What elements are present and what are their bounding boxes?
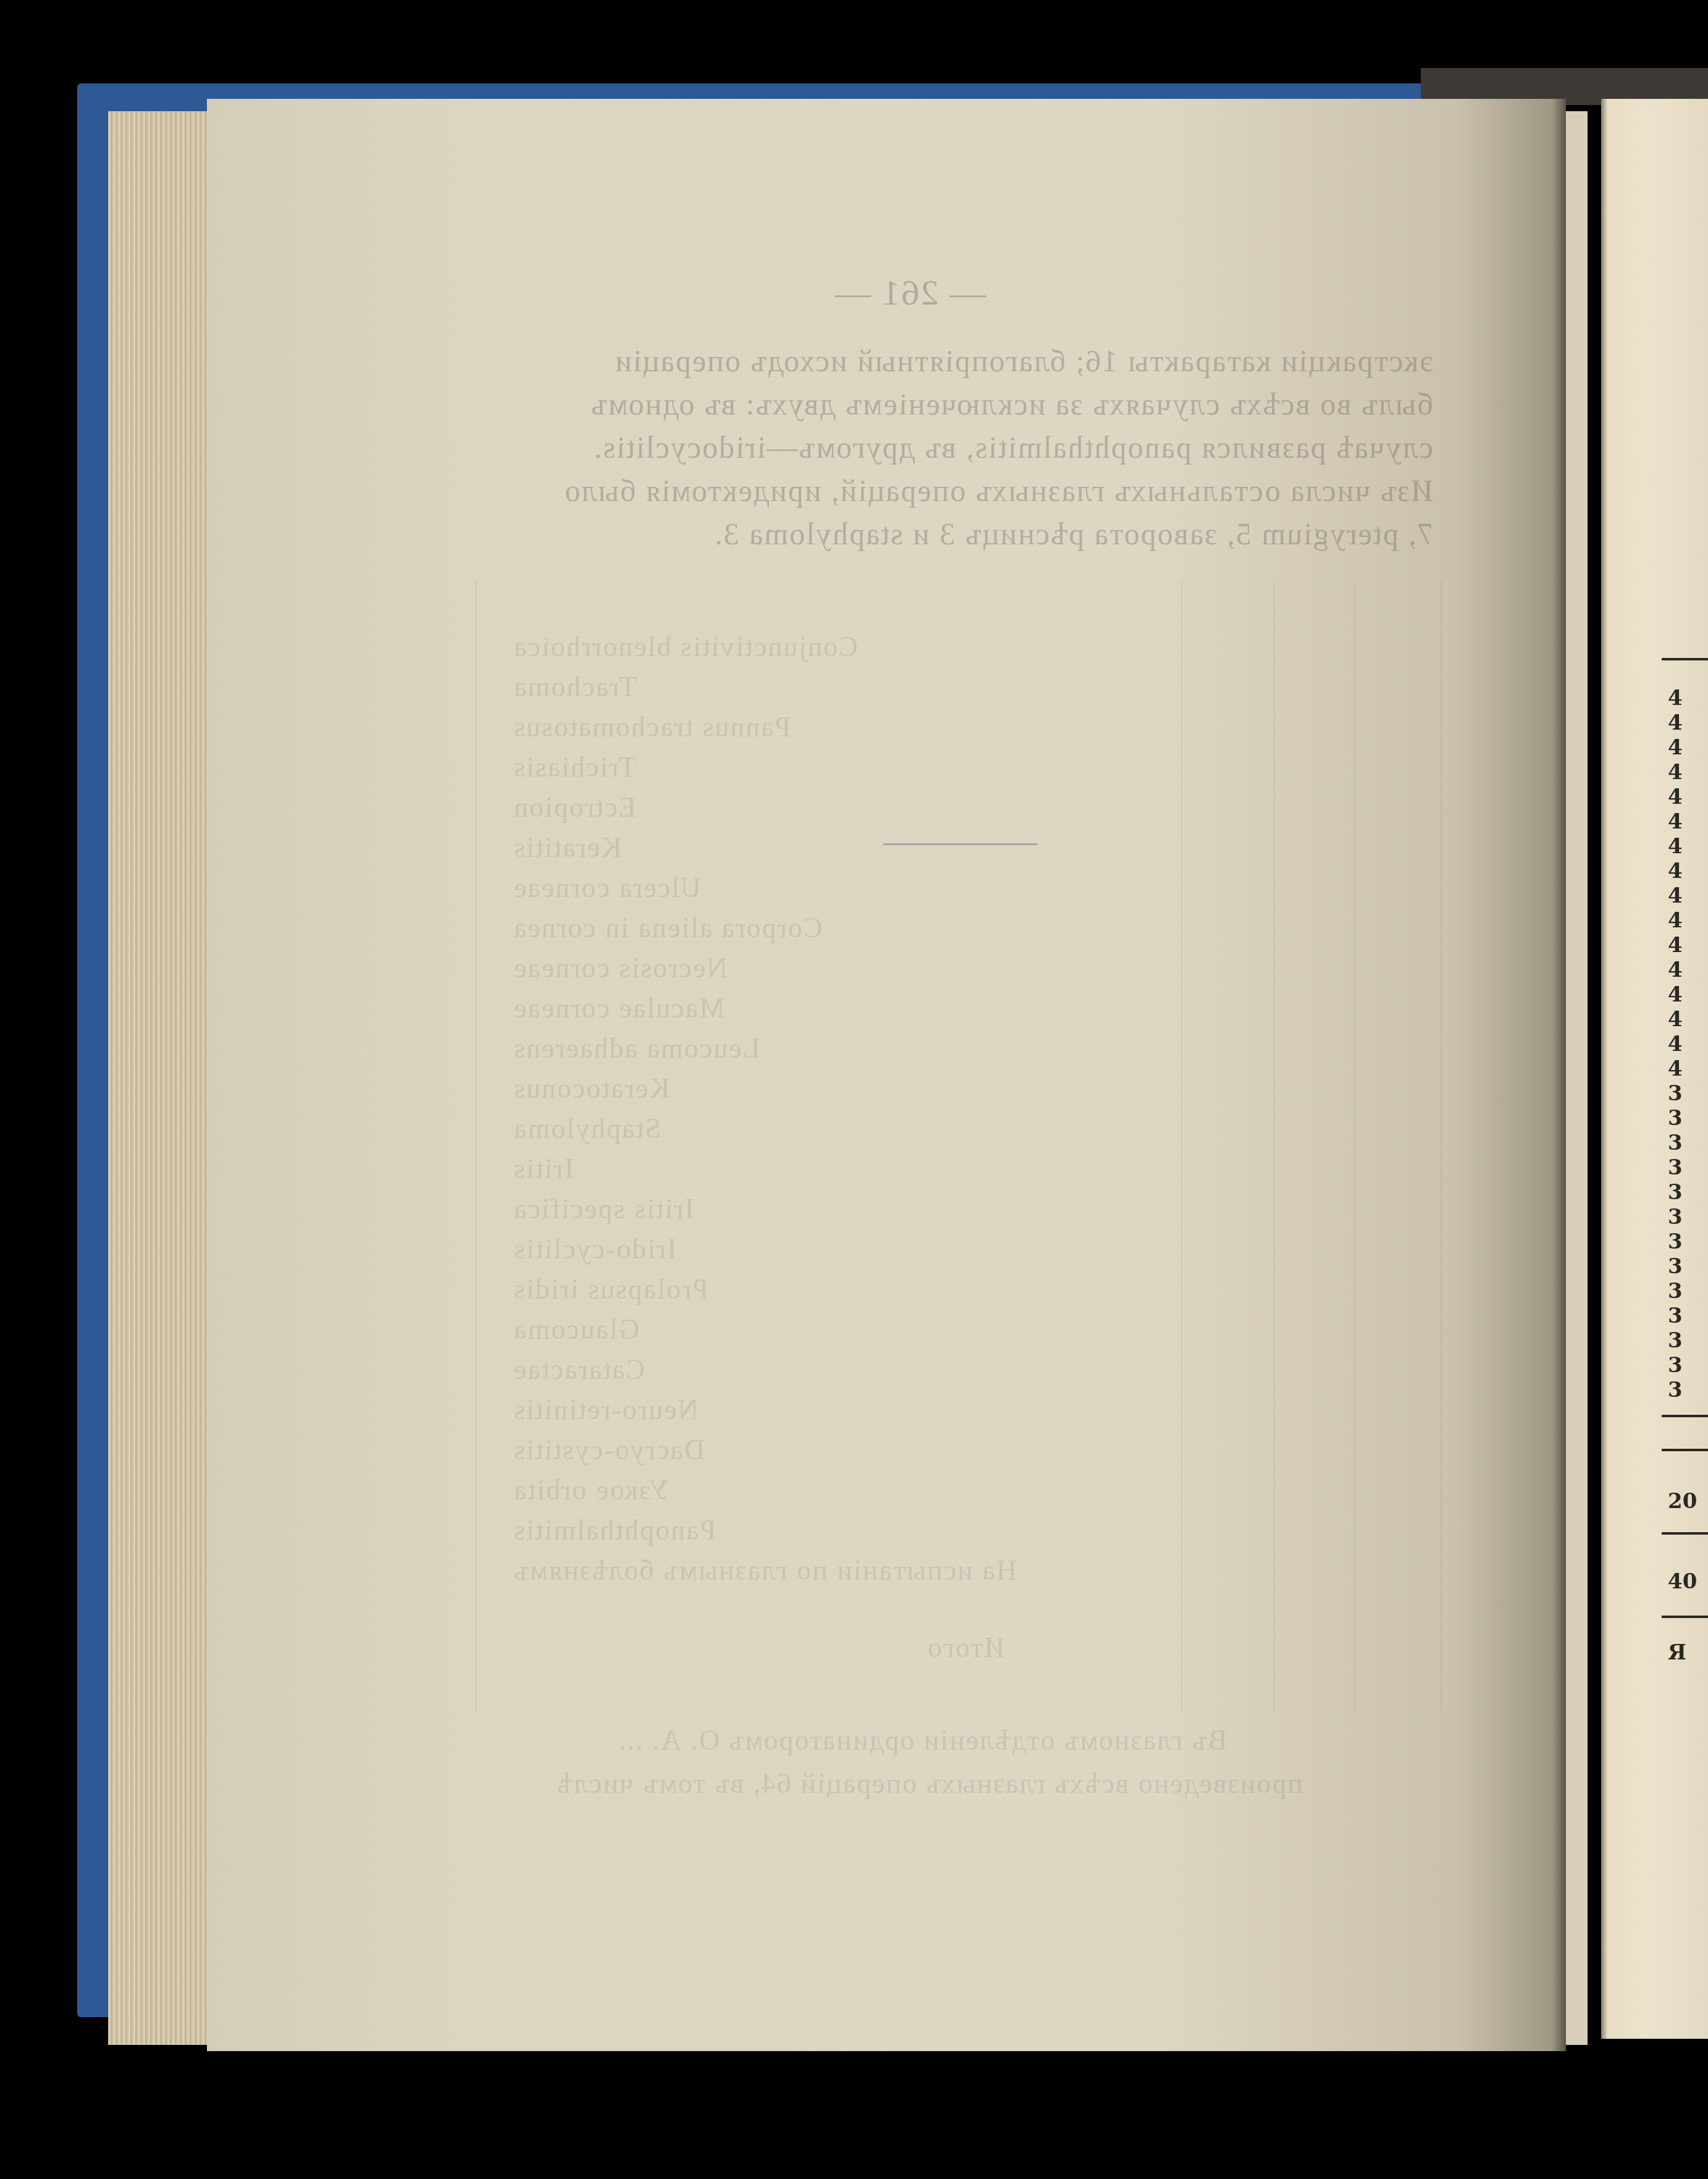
show-through-table-row: Ulcera corneae: [513, 871, 701, 904]
facing-page-digit: 3: [1668, 1229, 1683, 1254]
facing-page-rule: [1662, 1532, 1708, 1535]
table-column-divider: [1274, 581, 1275, 1711]
facing-page-digit: 3: [1668, 1304, 1683, 1328]
show-through-table-row: Iritis: [513, 1152, 574, 1185]
show-through-bottom-line: Въ глазномъ отдѣленіи ординаторомъ О. А.…: [618, 1724, 1227, 1756]
facing-page-digit: 4: [1668, 933, 1683, 958]
facing-page-digit: 4: [1668, 883, 1683, 908]
facing-page-digit: 3: [1668, 1131, 1683, 1155]
show-through-table-row: Cataractae: [513, 1353, 645, 1386]
show-through-table-row: Neuro-retinitis: [513, 1393, 699, 1426]
show-through-table-row: Ectropion: [513, 791, 636, 824]
show-through-line: экстракціи катаракты 16; благопріятный и…: [507, 343, 1433, 379]
facing-page-digit: 4: [1668, 1056, 1683, 1081]
facing-page-digit: 4: [1668, 1007, 1683, 1032]
show-through-table-row: Pannus trachomatosus: [513, 710, 791, 743]
facing-page-digit: 3: [1668, 1180, 1683, 1205]
facing-page-digit: 3: [1668, 1254, 1683, 1279]
facing-page-number: 20: [1668, 1489, 1697, 1514]
facing-page-digit: 4: [1668, 908, 1683, 933]
facing-page-digit: 4: [1668, 760, 1683, 785]
page-number-show-through: — 261 —: [834, 272, 986, 313]
facing-page-digit: 4: [1668, 710, 1683, 735]
facing-page: [1601, 99, 1708, 2039]
show-through-table-row: Glaucoma: [513, 1313, 639, 1346]
show-through-table-row: Staphyloma: [513, 1112, 661, 1145]
facing-page-digit: 3: [1668, 1353, 1683, 1378]
show-through-table-row: Iritis specifica: [513, 1192, 694, 1225]
facing-page-digit: 4: [1668, 958, 1683, 982]
facing-page-rule: [1662, 1449, 1708, 1451]
facing-page-rule: [1662, 1616, 1708, 1618]
facing-page-digit: 4: [1668, 1032, 1683, 1056]
facing-page-number: 40: [1668, 1569, 1697, 1594]
facing-page-rule: [1662, 658, 1708, 660]
show-through-table-row: Irido-cyclitis: [513, 1233, 677, 1265]
show-through-table-row: Узкое orbita: [513, 1473, 669, 1506]
show-through-table-row: Maculae corneae: [513, 992, 725, 1024]
facing-page-digit: 4: [1668, 859, 1683, 883]
facing-page-digit: 3: [1668, 1205, 1683, 1229]
show-through-table-row: Corpora aliena in cornea: [513, 911, 822, 944]
facing-page-digit: 3: [1668, 1328, 1683, 1353]
facing-page-digit: 4: [1668, 735, 1683, 760]
show-through-table-row: Trichiasis: [513, 751, 636, 783]
show-through-line: 7, pterygium 5, заворота рѣсницъ 3 и sta…: [649, 516, 1433, 552]
table-column-divider: [1354, 581, 1355, 1711]
facing-page-rule: [1662, 1415, 1708, 1417]
facing-page-digit: 3: [1668, 1378, 1683, 1402]
facing-page-digit: 4: [1668, 834, 1683, 859]
facing-page-digit: 4: [1668, 809, 1683, 834]
show-through-table-row: Prolapsus iridis: [513, 1273, 709, 1305]
facing-page-digit: 3: [1668, 1155, 1683, 1180]
table-column-divider: [1181, 581, 1182, 1711]
show-through-table-row: Keratoconus: [513, 1072, 670, 1105]
show-through-table-row: Dacryo-cystitis: [513, 1433, 705, 1466]
show-through-line: случаѣ развился panophthalmitis, въ друг…: [507, 429, 1433, 465]
show-through-table-row: Conjunctivitis blenorrhoica: [513, 630, 858, 663]
facing-page-digit: 4: [1668, 686, 1683, 710]
facing-page-digit: 3: [1668, 1081, 1683, 1106]
show-through-table-total: Итого: [927, 1631, 1004, 1664]
show-through-table-row: Trachoma: [513, 670, 637, 703]
show-through-table-row: Leucoma adhaerens: [513, 1032, 760, 1064]
show-through-table-row: На испытаніи по глазнымъ болѣзнямъ: [513, 1554, 1017, 1587]
page-edges: [108, 111, 207, 2045]
show-through-line: былъ во всѣхъ случаяхъ за исключеніемъ д…: [507, 386, 1433, 422]
facing-page-digit: 3: [1668, 1106, 1683, 1131]
show-through-line: Изъ числа остальныхъ глазныхъ операцій, …: [507, 473, 1433, 508]
facing-page-digit: 4: [1668, 785, 1683, 809]
facing-page-letter: Я: [1668, 1640, 1686, 1665]
show-through-bottom-line: произведено всѣхъ глазныхъ операцій 64, …: [556, 1767, 1303, 1800]
show-through-table-row: Panophthalmitis: [513, 1514, 716, 1546]
facing-page-digit: 4: [1668, 982, 1683, 1007]
facing-page-digit: 3: [1668, 1279, 1683, 1304]
show-through-table-row: Necrosis corneae: [513, 951, 727, 984]
show-through-table-row: Keratitis: [513, 831, 621, 864]
